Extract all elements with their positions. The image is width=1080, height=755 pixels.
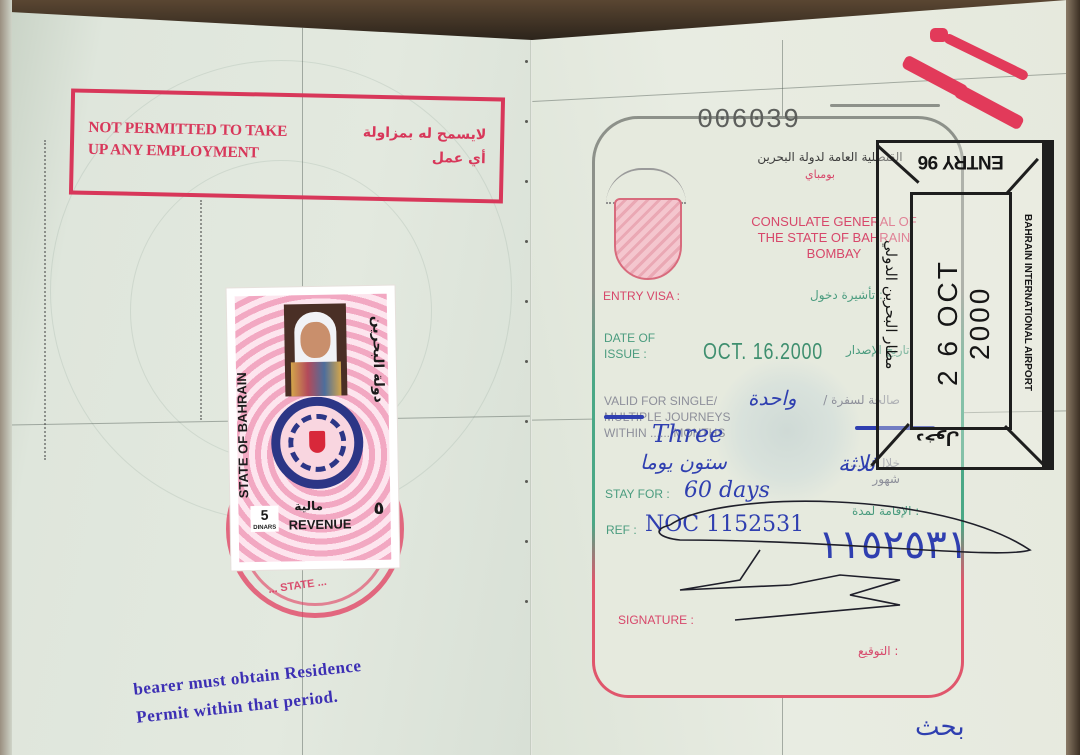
page-stack-edge: [1066, 0, 1080, 755]
red-ink-stroke: [942, 32, 1029, 81]
employment-stamp-english: NOT PERMITTED TO TAKE UP ANY EMPLOYMENT: [88, 117, 288, 165]
page-stack-edge: [0, 0, 12, 755]
employment-stamp-arabic: لايسمح له بمزاولة أي عمل: [362, 121, 486, 172]
shield-icon: [309, 431, 325, 453]
entry-stamp: ENTRY 96 2 6 OCT 2000 BAHRAIN INTERNATIO…: [876, 140, 1054, 470]
revenue-stamp-value: 5 DINARS: [250, 506, 278, 532]
entry-visa-label: ENTRY VISA :: [603, 288, 680, 304]
signature-label-ar: : التوقيع: [858, 643, 898, 659]
strike-multiple: [604, 415, 644, 419]
signature-label: SIGNATURE :: [618, 612, 694, 628]
revenue-value-number: 5: [260, 507, 268, 523]
stitch-hole: [525, 180, 528, 183]
date-of-issue-label: DATE OF ISSUE :: [604, 330, 655, 362]
stitch-hole: [525, 480, 528, 483]
revenue-label-ar: مالية: [294, 499, 323, 513]
portrait-robe: [291, 362, 342, 397]
employment-line-2: UP ANY EMPLOYMENT: [88, 139, 287, 165]
bottom-handwriting-ar: بحث: [915, 712, 965, 742]
revenue-stamp: STATE OF BAHRAIN دولة البحرين 5 DINARS م…: [227, 286, 400, 571]
revenue-stamp-country: STATE OF BAHRAIN: [234, 372, 251, 498]
crest-shield: [614, 198, 682, 280]
stitch-hole: [525, 540, 528, 543]
employment-restriction-stamp: NOT PERMITTED TO TAKE UP ANY EMPLOYMENT …: [69, 88, 505, 203]
visa-serial-number: 006039: [697, 106, 800, 136]
date-of-issue-label-line-1: DATE OF: [604, 330, 655, 346]
portrait-face: [300, 322, 331, 359]
faded-stamp-residue: [200, 200, 202, 420]
date-of-issue-label-line-2: ISSUE :: [604, 346, 655, 362]
red-ink-stroke: [953, 83, 1025, 130]
revenue-label: REVENUE: [289, 516, 352, 532]
consulate-city-ar: بومباي: [760, 168, 880, 181]
handwritten-sixty-days-ar: ستون يوما: [640, 450, 727, 474]
stitch-hole: [525, 240, 528, 243]
employment-ar-line-2: أي عمل: [362, 145, 486, 172]
entry-stamp-airport: BAHRAIN INTERNATIONAL AIRPORT: [1022, 158, 1033, 448]
entry-stamp-airport-ar: مطار البحرين الدولي: [882, 180, 900, 430]
stitch-hole: [525, 120, 528, 123]
portrait-image: [284, 303, 348, 396]
stitch-hole: [525, 60, 528, 63]
entry-visa-label-ar: : تأشيرة دخول: [810, 287, 883, 303]
stitch-hole: [525, 600, 528, 603]
handwritten-three: Three: [652, 420, 723, 448]
faded-stamp-residue: [44, 140, 46, 460]
revenue-value-unit: DINARS: [251, 524, 279, 532]
bahrain-crest-icon: [600, 168, 692, 280]
revenue-stamp-country-ar: دولة البحرين: [369, 316, 387, 403]
handwritten-single: واحدة: [748, 386, 797, 410]
entry-stamp-footer-ar: دخول: [916, 430, 960, 449]
stitch-hole: [525, 420, 528, 423]
revenue-value-ar: ٥: [373, 498, 384, 519]
valid-for-line-1: VALID FOR SINGLE/: [604, 393, 730, 409]
stitch-hole: [525, 360, 528, 363]
entry-stamp-date: 2 6 OCT 2000: [932, 218, 996, 428]
officer-signature: [640, 480, 1040, 630]
employment-ar-line-1: لايسمح له بمزاولة: [363, 121, 487, 148]
entry-stamp-header: ENTRY 96: [918, 150, 1004, 172]
date-of-issue-value: OCT. 16.2000: [703, 338, 823, 365]
ref-label: REF :: [606, 522, 637, 538]
visa-frame-top: [830, 104, 940, 107]
red-ink-stroke: [930, 28, 948, 42]
stitch-hole: [525, 300, 528, 303]
